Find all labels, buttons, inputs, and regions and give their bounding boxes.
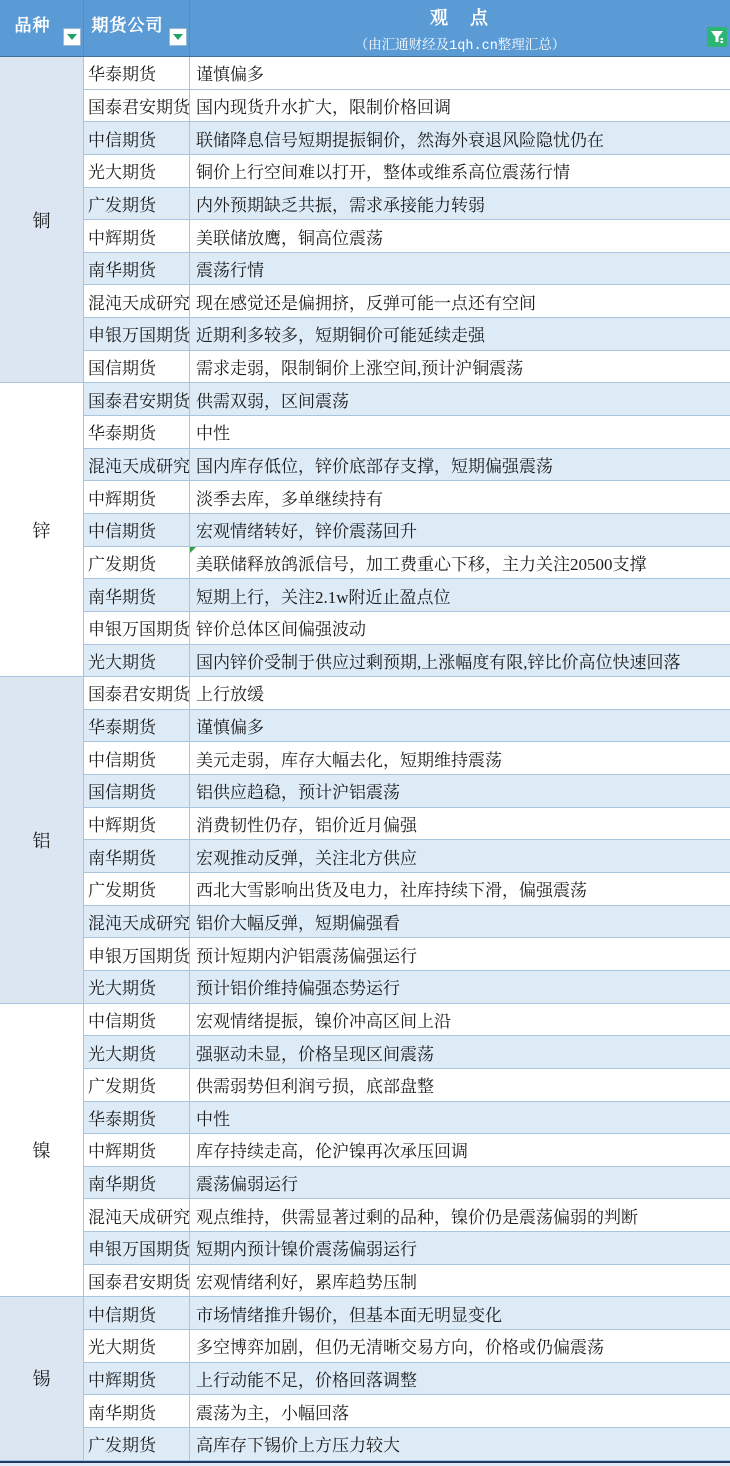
- variety-cell: 锌: [0, 383, 84, 677]
- opinion-cell: 锌价总体区间偏强波动: [190, 612, 730, 645]
- opinion-cell: 国内锌价受制于供应过剩预期,上涨幅度有限,锌比价高位快速回落: [190, 645, 730, 678]
- company-cell: 申银万国期货: [84, 612, 190, 645]
- filter-triangle-icon: [67, 34, 77, 40]
- opinion-cell: 近期利多较多，短期铜价可能延续走强: [190, 318, 730, 351]
- variety-cell: 锡: [0, 1297, 84, 1460]
- opinion-cell: 谨慎偏多: [190, 710, 730, 743]
- table-header: 品种 期货公司 观 点 （由汇通财经及1qh.cn整理汇总）: [0, 0, 730, 57]
- filter-triangle-icon: [173, 34, 183, 40]
- opinion-cell: 美元走弱，库存大幅去化，短期维持震荡: [190, 742, 730, 775]
- company-cell: 光大期货: [84, 155, 190, 188]
- company-cell: 光大期货: [84, 1036, 190, 1069]
- company-cell: 中信期货: [84, 742, 190, 775]
- opinion-cell: 联储降息信号短期提振铜价，然海外衰退风险隐忧仍在: [190, 122, 730, 155]
- header-cell-company: 期货公司: [84, 0, 190, 56]
- company-cell: 混沌天成研究: [84, 449, 190, 482]
- opinion-cell: 短期上行，关注2.1w附近止盈点位: [190, 579, 730, 612]
- company-cell: 光大期货: [84, 971, 190, 1004]
- company-cell: 国泰君安期货: [84, 90, 190, 123]
- company-cell: 华泰期货: [84, 1102, 190, 1135]
- funnel-glyph: [710, 30, 724, 44]
- opinion-cell: 谨慎偏多: [190, 57, 730, 90]
- company-cell: 中辉期货: [84, 481, 190, 514]
- opinion-cell: 淡季去库，多单继续持有: [190, 481, 730, 514]
- opinion-cell: 宏观情绪转好，锌价震荡回升: [190, 514, 730, 547]
- header-cell-variety: 品种: [0, 0, 84, 56]
- opinion-cell: 宏观推动反弹，关注北方供应: [190, 840, 730, 873]
- company-cell: 中辉期货: [84, 220, 190, 253]
- company-cell: 中信期货: [84, 514, 190, 547]
- company-cell: 国信期货: [84, 351, 190, 384]
- company-cell: 申银万国期货: [84, 1232, 190, 1265]
- opinion-cell: 铝供应趋稳，预计沪铝震荡: [190, 775, 730, 808]
- opinion-cell: 震荡行情: [190, 253, 730, 286]
- opinion-cell: 市场情绪推升锡价，但基本面无明显变化: [190, 1297, 730, 1330]
- opinion-cell: 西北大雪影响出货及电力，社库持续下滑，偏强震荡: [190, 873, 730, 906]
- company-cell: 国泰君安期货: [84, 677, 190, 710]
- company-cell: 广发期货: [84, 547, 190, 580]
- opinion-cell: 国内库存低位，锌价底部存支撑，短期偏强震荡: [190, 449, 730, 482]
- bottom-sliver: [0, 1463, 730, 1466]
- opinion-cell: 美联储释放鸽派信号，加工费重心下移，主力关注20500支撑: [190, 547, 730, 580]
- variety-cell: 铝: [0, 677, 84, 1003]
- variety-header-label: 品种: [0, 0, 65, 46]
- company-cell: 国泰君安期货: [84, 383, 190, 416]
- header-cell-opinion: 观 点 （由汇通财经及1qh.cn整理汇总）: [190, 0, 730, 56]
- company-cell: 光大期货: [84, 1330, 190, 1363]
- table-body: 铜华泰期货谨慎偏多国泰君安期货国内现货升水扩大，限制价格回调中信期货联储降息信号…: [0, 57, 730, 1461]
- company-cell: 光大期货: [84, 645, 190, 678]
- company-cell: 广发期货: [84, 188, 190, 221]
- opinion-cell: 库存持续走高，伦沪镍再次承压回调: [190, 1134, 730, 1167]
- company-cell: 混沌天成研究: [84, 285, 190, 318]
- opinion-cell: 现在感觉还是偏拥挤，反弹可能一点还有空间: [190, 285, 730, 318]
- opinion-header-title: 观 点: [190, 0, 730, 30]
- company-filter-dropdown-button[interactable]: [169, 28, 187, 46]
- variety-cell: 镍: [0, 1004, 84, 1298]
- opinion-header-subtitle: （由汇通财经及1qh.cn整理汇总）: [190, 33, 730, 54]
- opinion-cell: 上行动能不足，价格回落调整: [190, 1363, 730, 1396]
- opinion-cell: 铜价上行空间难以打开，整体或维系高位震荡行情: [190, 155, 730, 188]
- opinion-cell: 中性: [190, 1102, 730, 1135]
- opinion-cell: 预计短期内沪铝震荡偏强运行: [190, 938, 730, 971]
- opinion-cell: 宏观情绪利好，累库趋势压制: [190, 1265, 730, 1298]
- company-cell: 中信期货: [84, 122, 190, 155]
- opinion-cell: 预计铝价维持偏强态势运行: [190, 971, 730, 1004]
- company-cell: 南华期货: [84, 579, 190, 612]
- opinion-cell: 供需双弱，区间震荡: [190, 383, 730, 416]
- funnel-filter-icon[interactable]: [707, 27, 727, 47]
- variety-filter-dropdown-button[interactable]: [63, 28, 81, 46]
- company-cell: 国泰君安期货: [84, 1265, 190, 1298]
- opinion-cell: 宏观情绪提振，镍价冲高区间上沿: [190, 1004, 730, 1037]
- company-cell: 申银万国期货: [84, 938, 190, 971]
- opinion-cell: 强驱动未显，价格呈现区间震荡: [190, 1036, 730, 1069]
- opinion-cell: 中性: [190, 416, 730, 449]
- company-cell: 中辉期货: [84, 1363, 190, 1396]
- company-cell: 南华期货: [84, 253, 190, 286]
- company-cell: 南华期货: [84, 840, 190, 873]
- opinion-cell: 多空博弈加剧，但仍无清晰交易方向，价格或仍偏震荡: [190, 1330, 730, 1363]
- opinion-cell: 震荡偏弱运行: [190, 1167, 730, 1200]
- company-cell: 中辉期货: [84, 808, 190, 841]
- opinion-cell: 观点维持，供需显著过剩的品种，镍价仍是震荡偏弱的判断: [190, 1199, 730, 1232]
- company-cell: 混沌天成研究: [84, 1199, 190, 1232]
- opinion-cell: 内外预期缺乏共振，需求承接能力转弱: [190, 188, 730, 221]
- company-cell: 中辉期货: [84, 1134, 190, 1167]
- company-cell: 广发期货: [84, 873, 190, 906]
- opinion-cell: 震荡为主，小幅回落: [190, 1395, 730, 1428]
- opinion-cell: 高库存下锡价上方压力较大: [190, 1428, 730, 1461]
- opinion-cell: 需求走弱，限制铜价上涨空间,预计沪铜震荡: [190, 351, 730, 384]
- company-cell: 南华期货: [84, 1395, 190, 1428]
- company-cell: 中信期货: [84, 1004, 190, 1037]
- opinion-cell: 上行放缓: [190, 677, 730, 710]
- opinion-cell: 短期内预计镍价震荡偏弱运行: [190, 1232, 730, 1265]
- green-corner-triangle-icon: [190, 547, 196, 553]
- company-cell: 混沌天成研究: [84, 906, 190, 939]
- futures-opinion-table: 品种 期货公司 观 点 （由汇通财经及1qh.cn整理汇总） 铜华泰期货谨慎偏多: [0, 0, 730, 1466]
- company-cell: 国信期货: [84, 775, 190, 808]
- company-cell: 中信期货: [84, 1297, 190, 1330]
- opinion-cell: 国内现货升水扩大，限制价格回调: [190, 90, 730, 123]
- opinion-cell: 铝价大幅反弹，短期偏强看: [190, 906, 730, 939]
- opinion-cell: 供需弱势但利润亏损，底部盘整: [190, 1069, 730, 1102]
- company-header-label: 期货公司: [84, 0, 171, 46]
- company-cell: 南华期货: [84, 1167, 190, 1200]
- company-cell: 广发期货: [84, 1428, 190, 1461]
- company-cell: 华泰期货: [84, 710, 190, 743]
- company-cell: 申银万国期货: [84, 318, 190, 351]
- company-cell: 华泰期货: [84, 57, 190, 90]
- opinion-cell: 美联储放鹰，铜高位震荡: [190, 220, 730, 253]
- variety-cell: 铜: [0, 57, 84, 383]
- company-cell: 华泰期货: [84, 416, 190, 449]
- company-cell: 广发期货: [84, 1069, 190, 1102]
- opinion-cell: 消费韧性仍存，铝价近月偏强: [190, 808, 730, 841]
